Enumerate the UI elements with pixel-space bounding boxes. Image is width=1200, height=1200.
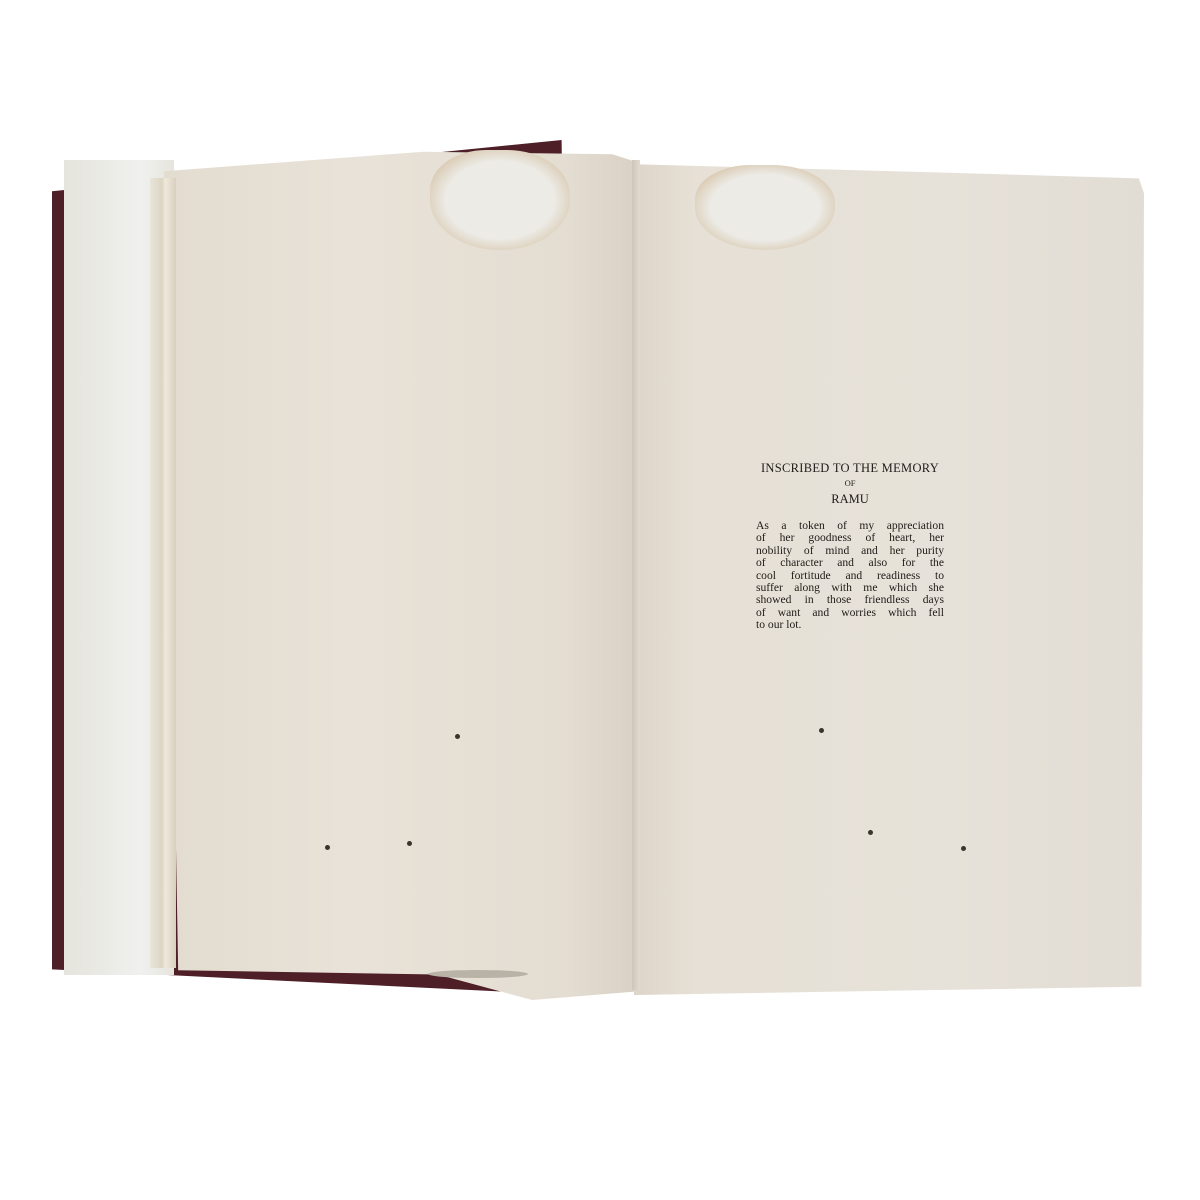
page-shadow-mark <box>428 970 528 978</box>
body-line: of character and also for the <box>756 557 944 569</box>
foxing-spot <box>325 845 330 850</box>
dedication-title: INSCRIBED TO THE MEMORY <box>756 460 944 476</box>
foxing-spot <box>455 734 460 739</box>
body-line: of her goodness of heart, her <box>756 532 944 544</box>
foxing-spot <box>961 846 966 851</box>
body-line: to our lot. <box>756 619 944 631</box>
body-line: showed in those friendless days <box>756 594 944 606</box>
book-photo: INSCRIBED TO THE MEMORY OF RAMU As a tok… <box>0 0 1200 1200</box>
foxing-spot <box>819 728 824 733</box>
dedication-of: OF <box>756 476 944 490</box>
left-page <box>164 150 636 1000</box>
page-gutter <box>632 160 640 990</box>
binding-hinge <box>150 178 176 968</box>
water-stain-right <box>695 165 835 250</box>
dedication-block: INSCRIBED TO THE MEMORY OF RAMU As a tok… <box>756 460 944 632</box>
foxing-spot <box>407 841 412 846</box>
dedication-name: RAMU <box>756 490 944 508</box>
dedication-body: As a token of my appreciation of her goo… <box>756 520 944 632</box>
foxing-spot <box>868 830 873 835</box>
water-stain-left <box>430 150 570 250</box>
